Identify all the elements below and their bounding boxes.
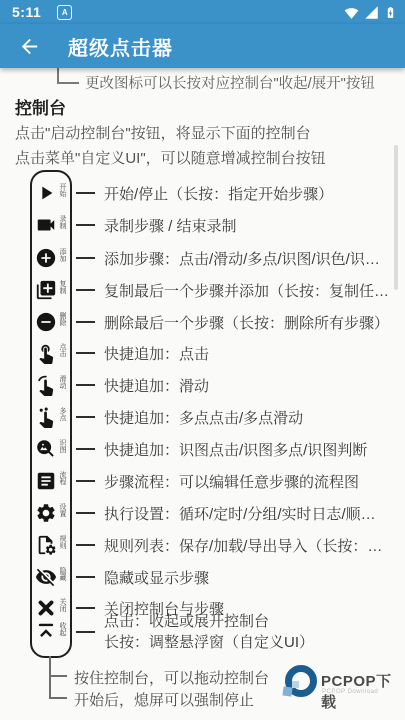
intro-paragraph-1: 点击"启动控制台"按钮，将显示下面的控制台	[15, 122, 311, 143]
panel-row: 识图快捷追加：识图点击/识图多点/识图判断	[0, 435, 405, 463]
panel-row: 开始开始/停止（长按：指定开始步骤）	[0, 179, 405, 207]
row-description: 步骤流程：可以编辑任意步骤的流程图	[104, 471, 359, 492]
row-mini-label: 删除	[58, 312, 66, 326]
panel-row: 多点快捷追加：多点点击/多点滑动	[0, 403, 405, 431]
row-mini-label: 开始	[58, 183, 66, 197]
row-mini-label: 流程	[58, 471, 66, 485]
pcpop-logo-square2-icon	[292, 681, 299, 688]
page-title: 超级点击器	[68, 32, 173, 61]
row-connector-dash	[76, 257, 95, 259]
image-search-icon	[35, 438, 57, 460]
arrow-left-icon	[18, 35, 41, 58]
row-mini-label: 设置	[58, 503, 66, 517]
swipe-icon	[35, 374, 57, 396]
row-connector-dash	[76, 448, 95, 450]
row-description: 执行设置：循环/定时/分组/实时日志/顺…	[104, 503, 376, 524]
row-description: 快捷追加：识图点击/识图多点/识图判断	[104, 439, 367, 460]
row-description: 快捷追加：滑动	[104, 375, 209, 396]
row-mini-label: 点击	[58, 343, 66, 357]
row-mini-label: 复制	[58, 280, 66, 294]
row-description: 开始/停止（长按：指定开始步骤）	[104, 183, 333, 204]
row-description: 点击：收起或展开控制台长按：调整悬浮窗（自定义UI）	[104, 611, 314, 653]
intro-paragraph-2: 点击菜单"自定义UI"，可以随意增减控制台按钮	[15, 147, 326, 168]
settings-gear-icon	[35, 502, 57, 524]
row-mini-label: 关闭	[58, 598, 66, 612]
back-button[interactable]	[16, 33, 42, 59]
remove-circle-icon	[35, 311, 57, 333]
watermark-subtitle: PCPOP Download	[322, 689, 378, 695]
section-title: 控制台	[15, 94, 66, 119]
row-connector-dash	[76, 416, 95, 418]
row-description: 录制步骤 / 结束录制	[104, 215, 237, 236]
app-bar: 超级点击器	[0, 24, 405, 68]
row-description: 快捷追加：点击	[104, 343, 209, 364]
watermark: PCPOP下载 PCPOP Download	[283, 663, 401, 705]
tap-icon	[35, 342, 57, 364]
rules-doc-icon	[35, 534, 57, 556]
panel-row: 点击快捷追加：点击	[0, 339, 405, 367]
panel-row: 录制录制步骤 / 结束录制	[0, 211, 405, 239]
row-connector-dash	[76, 512, 95, 514]
row-description: 隐藏或显示步骤	[104, 567, 209, 588]
row-connector-dash	[76, 224, 95, 226]
row-connector-dash	[76, 352, 95, 354]
footnote-branch-2	[49, 697, 67, 699]
row-connector-dash	[76, 289, 95, 291]
row-mini-label: 识图	[58, 439, 66, 453]
duplicate-icon	[35, 279, 57, 301]
row-mini-label: 添加	[58, 248, 66, 262]
tree-corner-line	[57, 66, 79, 84]
row-connector-dash	[76, 576, 95, 578]
footnote-tree-line	[49, 656, 51, 698]
row-mini-label: 滑动	[58, 375, 66, 389]
scroll-area[interactable]: 更改图标可以长按对应控制台"收起/展开"按钮 控制台 点击"启动控制台"按钮，将…	[0, 68, 405, 720]
row-mini-label: 隐藏	[58, 567, 66, 581]
panel-row: 收起点击：收起或展开控制台长按：调整悬浮窗（自定义UI）	[0, 618, 405, 646]
row-mini-label: 规则	[58, 535, 66, 549]
row-description: 删除最后一个步骤（长按：删除所有步骤）	[104, 312, 389, 333]
signal-icon	[364, 5, 379, 20]
add-circle-icon	[35, 247, 57, 269]
row-mini-label: 多点	[58, 407, 66, 421]
panel-row: 规则规则列表：保存/加载/导出导入（长按：…	[0, 531, 405, 559]
row-mini-label: 录制	[58, 215, 66, 229]
row-connector-dash	[76, 607, 95, 609]
flow-list-icon	[35, 470, 57, 492]
panel-row: 删除删除最后一个步骤（长按：删除所有步骤）	[0, 308, 405, 336]
close-x-icon	[35, 597, 57, 619]
row-connector-dash	[76, 480, 95, 482]
notification-a-icon: A	[57, 5, 72, 20]
footnote-drag: 按住控制台，可以拖动控制台	[74, 667, 269, 688]
row-connector-dash	[76, 544, 95, 546]
wifi-icon	[344, 5, 359, 20]
row-mini-label: 收起	[58, 622, 66, 636]
footnote-branch-1	[49, 675, 67, 677]
row-connector-dash	[76, 384, 95, 386]
row-connector-dash	[76, 192, 95, 194]
panel-row: 滑动快捷追加：滑动	[0, 371, 405, 399]
scrollbar-thumb[interactable]	[394, 145, 398, 290]
collapse-icon	[35, 621, 57, 643]
record-icon	[35, 214, 57, 236]
row-connector-dash	[76, 321, 95, 323]
row-description: 复制最后一个步骤并添加（长按：复制任…	[104, 280, 389, 301]
status-bar: 5:11 A	[0, 0, 405, 24]
play-icon	[35, 182, 57, 204]
screen: 5:11 A 超级点击器 更改图标可以长按对应控制台"收起/展开"按钮 控制台 …	[0, 0, 405, 720]
status-time: 5:11	[12, 4, 41, 20]
footnote-screen-off: 开始后，熄屏可以强制停止	[74, 689, 254, 710]
panel-row: 流程步骤流程：可以编辑任意步骤的流程图	[0, 467, 405, 495]
battery-charging-icon	[384, 5, 397, 20]
scrolled-note-text: 更改图标可以长按对应控制台"收起/展开"按钮	[85, 72, 375, 93]
row-description: 快捷追加：多点点击/多点滑动	[104, 407, 303, 428]
panel-row: 添加添加步骤：点击/滑动/多点/识图/识色/识…	[0, 244, 405, 272]
row-connector-dash	[76, 631, 95, 633]
row-description: 添加步骤：点击/滑动/多点/识图/识色/识…	[104, 248, 380, 269]
eye-off-icon	[35, 566, 57, 588]
panel-row: 隐藏隐藏或显示步骤	[0, 563, 405, 591]
panel-row: 设置执行设置：循环/定时/分组/实时日志/顺…	[0, 499, 405, 527]
status-right-icons	[344, 5, 397, 20]
panel-row: 复制复制最后一个步骤并添加（长按：复制任…	[0, 276, 405, 304]
multitouch-icon	[35, 406, 57, 428]
row-description: 规则列表：保存/加载/导出导入（长按：…	[104, 535, 382, 556]
